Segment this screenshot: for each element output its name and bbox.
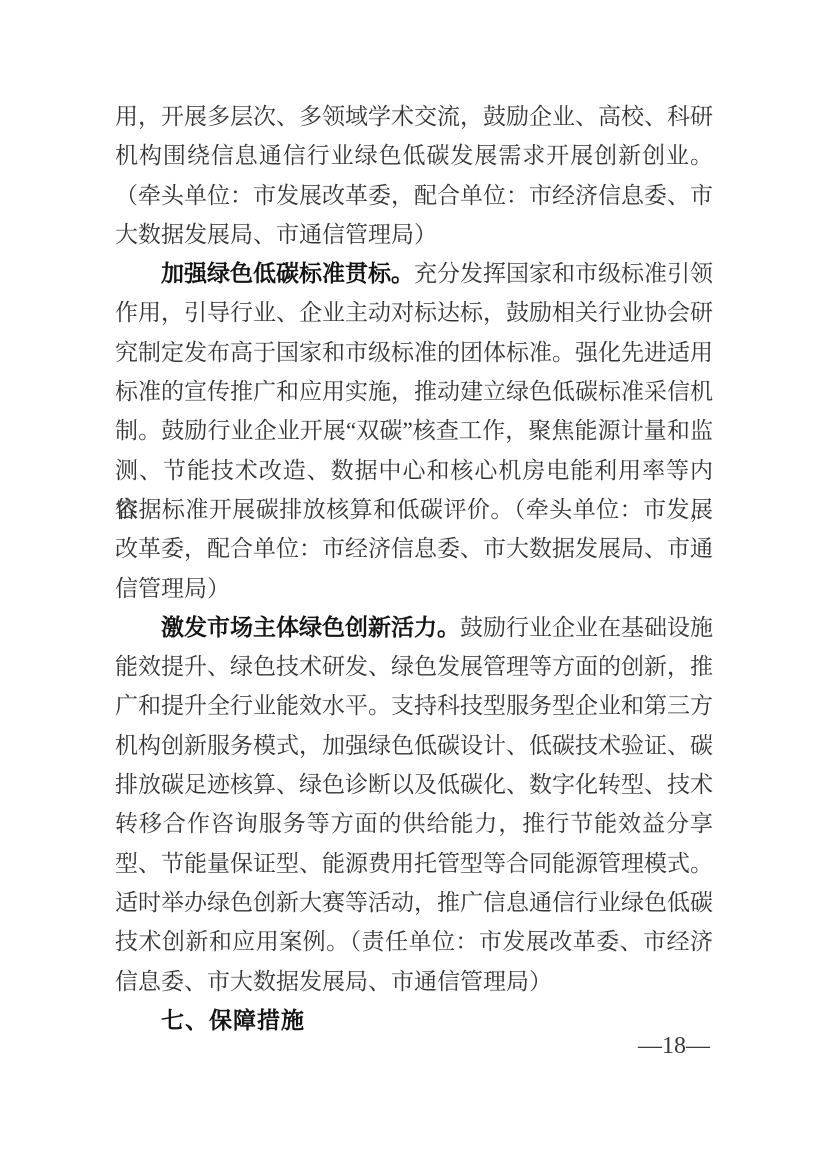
text-line: 标准的宣传推广和应用实施，推动建立绿色低碳标准采信机	[115, 372, 713, 411]
document-page: 用，开展多层次、多领域学术交流，鼓励企业、高校、科研机构围绕信息通信行业绿色低碳…	[0, 0, 826, 1169]
text-line: 机构围绕信息通信行业绿色低碳发展需求开展创新创业。	[115, 136, 713, 175]
line-text: 充分发挥国家和市级标准引领	[414, 261, 713, 286]
text-line: 广和提升全行业能效水平。支持科技型服务型企业和第三方	[115, 686, 713, 725]
text-line: 能效提升、绿色技术研发、绿色发展管理等方面的创新，推	[115, 647, 713, 686]
text-line: 制。鼓励行业企业开展“双碳”核查工作，聚焦能源计量和监	[115, 411, 713, 450]
text-line: 加强绿色低碳标准贯标。充分发挥国家和市级标准引领	[115, 254, 713, 293]
text-line: 技术创新和应用案例。（责任单位：市发展改革委、市经济	[115, 922, 713, 961]
text-line: 信管理局）	[115, 569, 713, 608]
text-line: 机构创新服务模式，加强绿色低碳设计、低碳技术验证、碳	[115, 726, 713, 765]
page-number: —18—	[638, 1031, 710, 1061]
text-line: 信息委、市大数据发展局、市通信管理局）	[115, 962, 713, 1001]
section-heading: 七、保障措施	[115, 1001, 713, 1040]
text-line: 转移合作咨询服务等方面的供给能力，推行节能效益分享	[115, 804, 713, 843]
text-line: 大数据发展局、市通信管理局）	[115, 215, 713, 254]
line-text: 鼓励行业企业在基础设施	[460, 615, 713, 640]
text-line: 排放碳足迹核算、绿色诊断以及低碳化、数字化转型、技术	[115, 765, 713, 804]
text-line: 依据标准开展碳排放核算和低碳评价。（牵头单位：市发展	[115, 490, 713, 529]
text-line: 作用，引导行业、企业主动对标达标，鼓励相关行业协会研	[115, 293, 713, 332]
text-line: 用，开展多层次、多领域学术交流，鼓励企业、高校、科研	[115, 97, 713, 136]
text-line: 适时举办绿色创新大赛等活动，推广信息通信行业绿色低碳	[115, 883, 713, 922]
text-line: 激发市场主体绿色创新活力。鼓励行业企业在基础设施	[115, 608, 713, 647]
text-block: 用，开展多层次、多领域学术交流，鼓励企业、高校、科研机构围绕信息通信行业绿色低碳…	[115, 97, 713, 1040]
text-line: 改革委，配合单位：市经济信息委、市大数据发展局、市通	[115, 529, 713, 568]
bold-lead: 激发市场主体绿色创新活力。	[161, 614, 460, 640]
text-line: 型、节能量保证型、能源费用托管型等合同能源管理模式。	[115, 844, 713, 883]
bold-lead: 加强绿色低碳标准贯标。	[161, 260, 414, 286]
text-line: 测、节能技术改造、数据中心和核心机房电能利用率等内容，	[115, 451, 713, 490]
text-line: 究制定发布高于国家和市级标准的团体标准。强化先进适用	[115, 333, 713, 372]
text-line: （牵头单位：市发展改革委，配合单位：市经济信息委、市	[115, 176, 713, 215]
